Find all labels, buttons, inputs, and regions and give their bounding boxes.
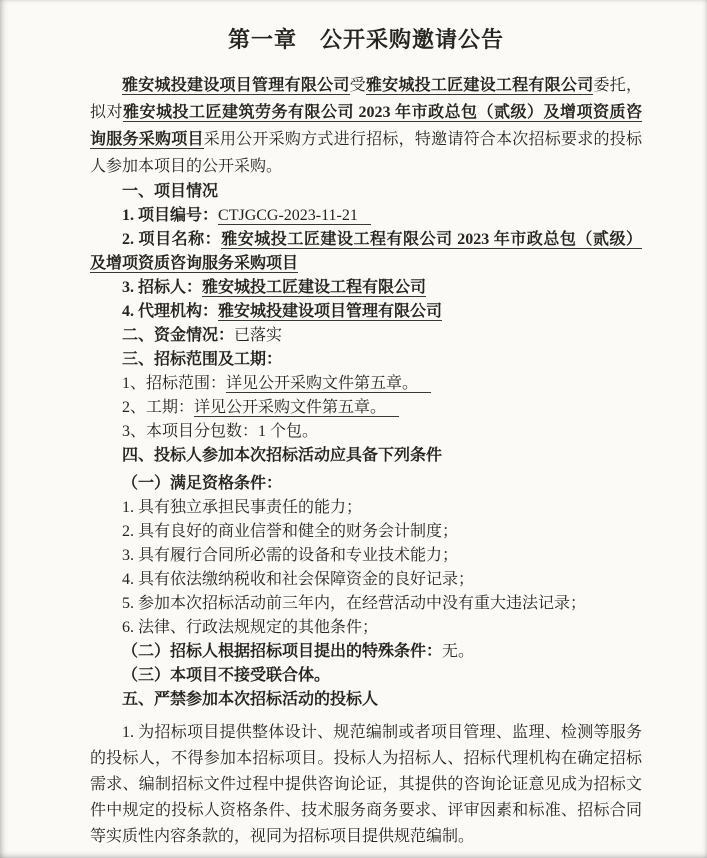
project-name-item: 2. 项目名称：雅安城投工匠建设工程有限公司 2023 年市政总包（贰级）及增项…	[90, 228, 642, 276]
special-conditions-item: （二）招标人根据招标项目提出的特殊条件：无。	[90, 640, 642, 664]
section-1-heading: 一、项目情况	[90, 180, 642, 204]
agency-item: 4. 代理机构：雅安城投建设项目管理有限公司	[90, 300, 642, 324]
section-4-heading: 四、投标人参加本次招标活动应具备下列条件	[90, 444, 642, 468]
section-5-heading: 五、严禁参加本次招标活动的投标人	[90, 688, 642, 712]
page-content: 第一章 公开采购邀请公告 雅安城投建设项目管理有限公司受雅安城投工匠建设工程有限…	[90, 24, 642, 850]
scope-value: 详见公开采购文件第五章。	[226, 375, 431, 393]
funding-status-value: 已落实	[234, 327, 282, 344]
tenderee-item: 3. 招标人：雅安城投工匠建设工程有限公司	[90, 276, 642, 300]
project-number-value: CTJGCG-2023-11-21	[218, 207, 371, 225]
qualification-item-1: 1. 具有独立承担民事责任的能力；	[90, 496, 642, 520]
project-name-label: 2. 项目名称：	[122, 231, 221, 248]
page-title: 第一章 公开采购邀请公告	[90, 24, 642, 56]
package-count-item: 3、本项目分包数：1 个包。	[90, 420, 642, 444]
project-number-item: 1. 项目编号：CTJGCG-2023-11-21	[90, 204, 642, 228]
agency-value: 雅安城投建设项目管理有限公司	[218, 303, 442, 321]
qualification-item-3: 3. 具有履行合同所必需的设备和专业技术能力；	[90, 544, 642, 568]
special-conditions-label: （二）招标人根据招标项目提出的特殊条件：	[122, 643, 442, 660]
duration-label: 2、工期：	[122, 399, 194, 416]
duration-item: 2、工期：详见公开采购文件第五章。	[90, 396, 642, 420]
intro-paragraph: 雅安城投建设项目管理有限公司受雅安城投工匠建设工程有限公司委托，拟对雅安城投工匠…	[90, 72, 642, 180]
prohibition-paragraph: 1. 为招标项目提供整体设计、规范编制或者项目管理、监理、检测等服务的投标人，不…	[90, 720, 642, 850]
intro-text-by: 受	[350, 77, 366, 94]
procurement-agency-name: 雅安城投建设项目管理有限公司	[122, 77, 350, 95]
section-3-heading: 三、招标范围及工期：	[90, 348, 642, 372]
qualification-item-4: 4. 具有依法缴纳税收和社会保障资金的良好记录；	[90, 568, 642, 592]
document-page: 第一章 公开采购邀请公告 雅安城投建设项目管理有限公司受雅安城投工匠建设工程有限…	[0, 0, 707, 858]
scope-item: 1、招标范围：详见公开采购文件第五章。	[90, 372, 642, 396]
consortium-item: （三）本项目不接受联合体。	[90, 664, 642, 688]
duration-value: 详见公开采购文件第五章。	[194, 399, 399, 417]
tenderee-value: 雅安城投工匠建设工程有限公司	[202, 279, 426, 297]
special-conditions-value: 无。	[442, 643, 474, 660]
qualification-item-6: 6. 法律、行政法规规定的其他条件；	[90, 616, 642, 640]
tenderee-label: 3. 招标人：	[122, 279, 202, 296]
scope-label: 1、招标范围：	[122, 375, 226, 392]
qualification-item-2: 2. 具有良好的商业信誉和健全的财务会计制度；	[90, 520, 642, 544]
section-2-heading: 二、资金情况：已落实	[90, 324, 642, 348]
qualification-item-5: 5. 参加本次招标活动前三年内，在经营活动中没有重大违法记录；	[90, 592, 642, 616]
tenderee-name: 雅安城投工匠建设工程有限公司	[366, 77, 594, 95]
project-number-label: 1. 项目编号：	[122, 207, 218, 224]
agency-label: 4. 代理机构：	[122, 303, 218, 320]
funding-label: 二、资金情况：	[122, 327, 234, 344]
qualification-heading: （一）满足资格条件：	[90, 472, 642, 496]
